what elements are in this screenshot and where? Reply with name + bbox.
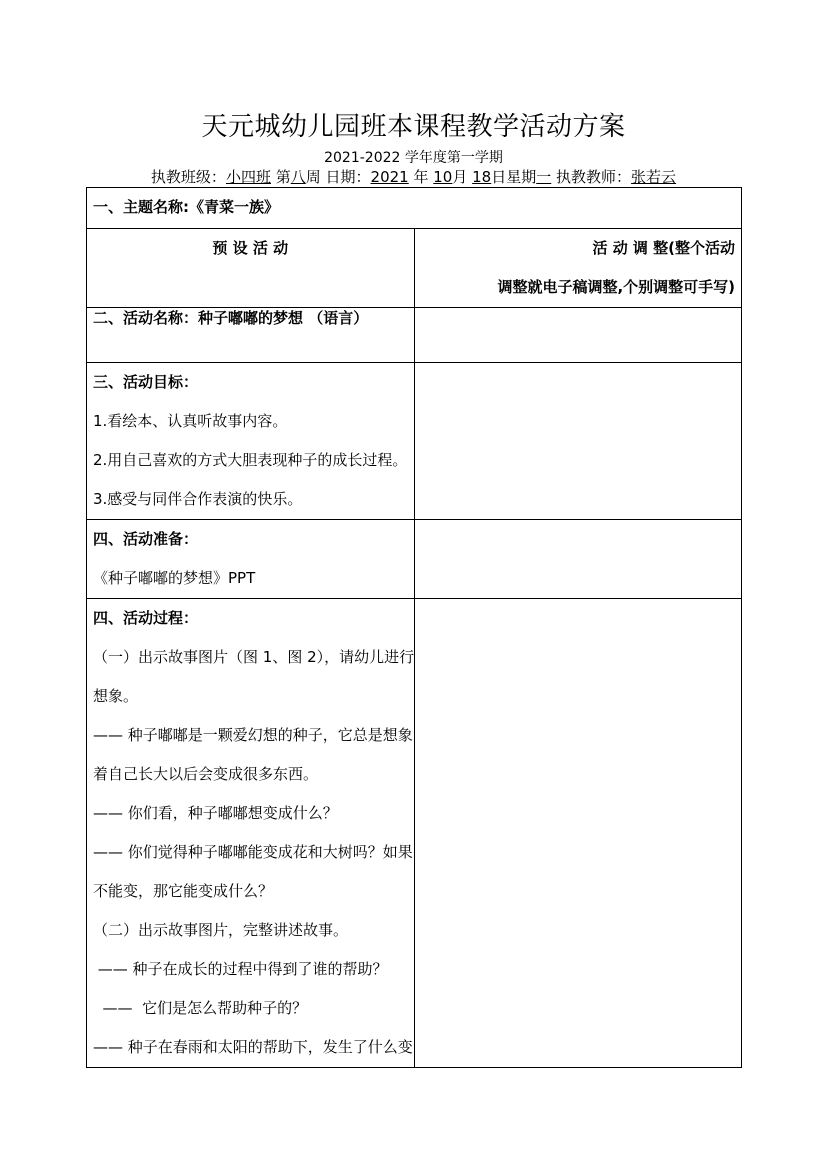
week-suffix: 周 日期：	[306, 168, 371, 186]
document-title: 天元城幼儿园班本课程教学活动方案	[0, 106, 827, 143]
process-line: —— 你们看，种子嘟嘟想变成什么？	[93, 794, 408, 833]
day-value: 18	[472, 168, 491, 186]
process-line: 着自己长大以后会变成很多东西。	[93, 755, 408, 794]
preparation-row: 四、活动准备： 《种子嘟嘟的梦想》PPT	[87, 520, 742, 599]
process-line: 想象。	[93, 677, 408, 716]
process-line: 不能变，那它能变成什么？	[93, 872, 408, 911]
class-value: 小四班	[226, 168, 271, 186]
planned-activity-header: 预 设 活 动	[93, 229, 408, 268]
process-line: —— 它们是怎么帮助种子的？	[93, 989, 408, 1028]
process-line: （二）出示故事图片，完整讲述故事。	[93, 911, 408, 950]
preparation-content: 《种子嘟嘟的梦想》PPT	[93, 559, 408, 598]
process-line: —— 你们觉得种子嘟嘟能变成花和大树吗？如果	[93, 833, 408, 872]
week-prefix: 第	[271, 168, 291, 186]
goal-item: 3.感受与同伴合作表演的快乐。	[93, 480, 408, 519]
process-heading: 四、活动过程：	[93, 599, 408, 638]
theme-row: 一、主题名称:《青菜一族》	[87, 188, 742, 229]
week-value: 八	[291, 168, 306, 186]
goals-row: 三、活动目标： 1.看绘本、认真听故事内容。 2.用自己喜欢的方式大胆表现种子的…	[87, 363, 742, 520]
class-label: 执教班级：	[151, 168, 226, 186]
preparation-adjustment-cell[interactable]	[414, 520, 742, 599]
year-value: 2021	[371, 168, 409, 186]
process-adjustment-cell[interactable]	[414, 599, 742, 1068]
process-row: 四、活动过程： （一）出示故事图片（图 1、图 2），请幼儿进行 想象。 —— …	[87, 599, 742, 1068]
process-line: （一）出示故事图片（图 1、图 2），请幼儿进行	[93, 638, 408, 677]
teacher-value: 张若云	[631, 168, 676, 186]
month-suffix: 月	[452, 168, 472, 186]
goal-item: 1.看绘本、认真听故事内容。	[93, 402, 408, 441]
process-line: —— 种子在春雨和太阳的帮助下，发生了什么变	[93, 1028, 408, 1067]
year-suffix: 年	[409, 168, 434, 186]
class-info-line: 执教班级：小四班 第八周 日期：2021 年 10月 18日星期一 执教教师：张…	[0, 166, 827, 187]
weekday-value: 一	[536, 168, 551, 186]
school-term: 2021-2022 学年度第一学期	[0, 147, 827, 167]
preparation-heading: 四、活动准备：	[93, 520, 408, 559]
process-line: —— 种子在成长的过程中得到了谁的帮助？	[93, 950, 408, 989]
goal-item: 2.用自己喜欢的方式大胆表现种子的成长过程。	[93, 441, 408, 480]
column-header-row: 预 设 活 动 活 动 调 整(整个活动 调整就电子稿调整,个别调整可手写)	[87, 229, 742, 308]
goals-heading: 三、活动目标：	[93, 363, 408, 402]
activity-name: 二、活动名称：种子嘟嘟的梦想 （语言）	[93, 308, 408, 328]
process-line: —— 种子嘟嘟是一颗爱幻想的种子，它总是想象	[93, 716, 408, 755]
adjustment-header-line2: 调整就电子稿调整,个别调整可手写)	[421, 268, 736, 307]
activity-name-adjustment-cell[interactable]	[414, 308, 742, 363]
goals-adjustment-cell[interactable]	[414, 363, 742, 520]
adjustment-header-line1: 活 动 调 整(整个活动	[421, 229, 736, 268]
activity-name-row: 二、活动名称：种子嘟嘟的梦想 （语言）	[87, 308, 742, 363]
lesson-plan-table: 一、主题名称:《青菜一族》 预 设 活 动 活 动 调 整(整个活动 调整就电子…	[86, 187, 742, 1068]
teacher-label: 执教教师：	[551, 168, 631, 186]
theme-name: 一、主题名称:《青菜一族》	[93, 188, 735, 227]
day-suffix: 日星期	[491, 168, 536, 186]
month-value: 10	[433, 168, 452, 186]
